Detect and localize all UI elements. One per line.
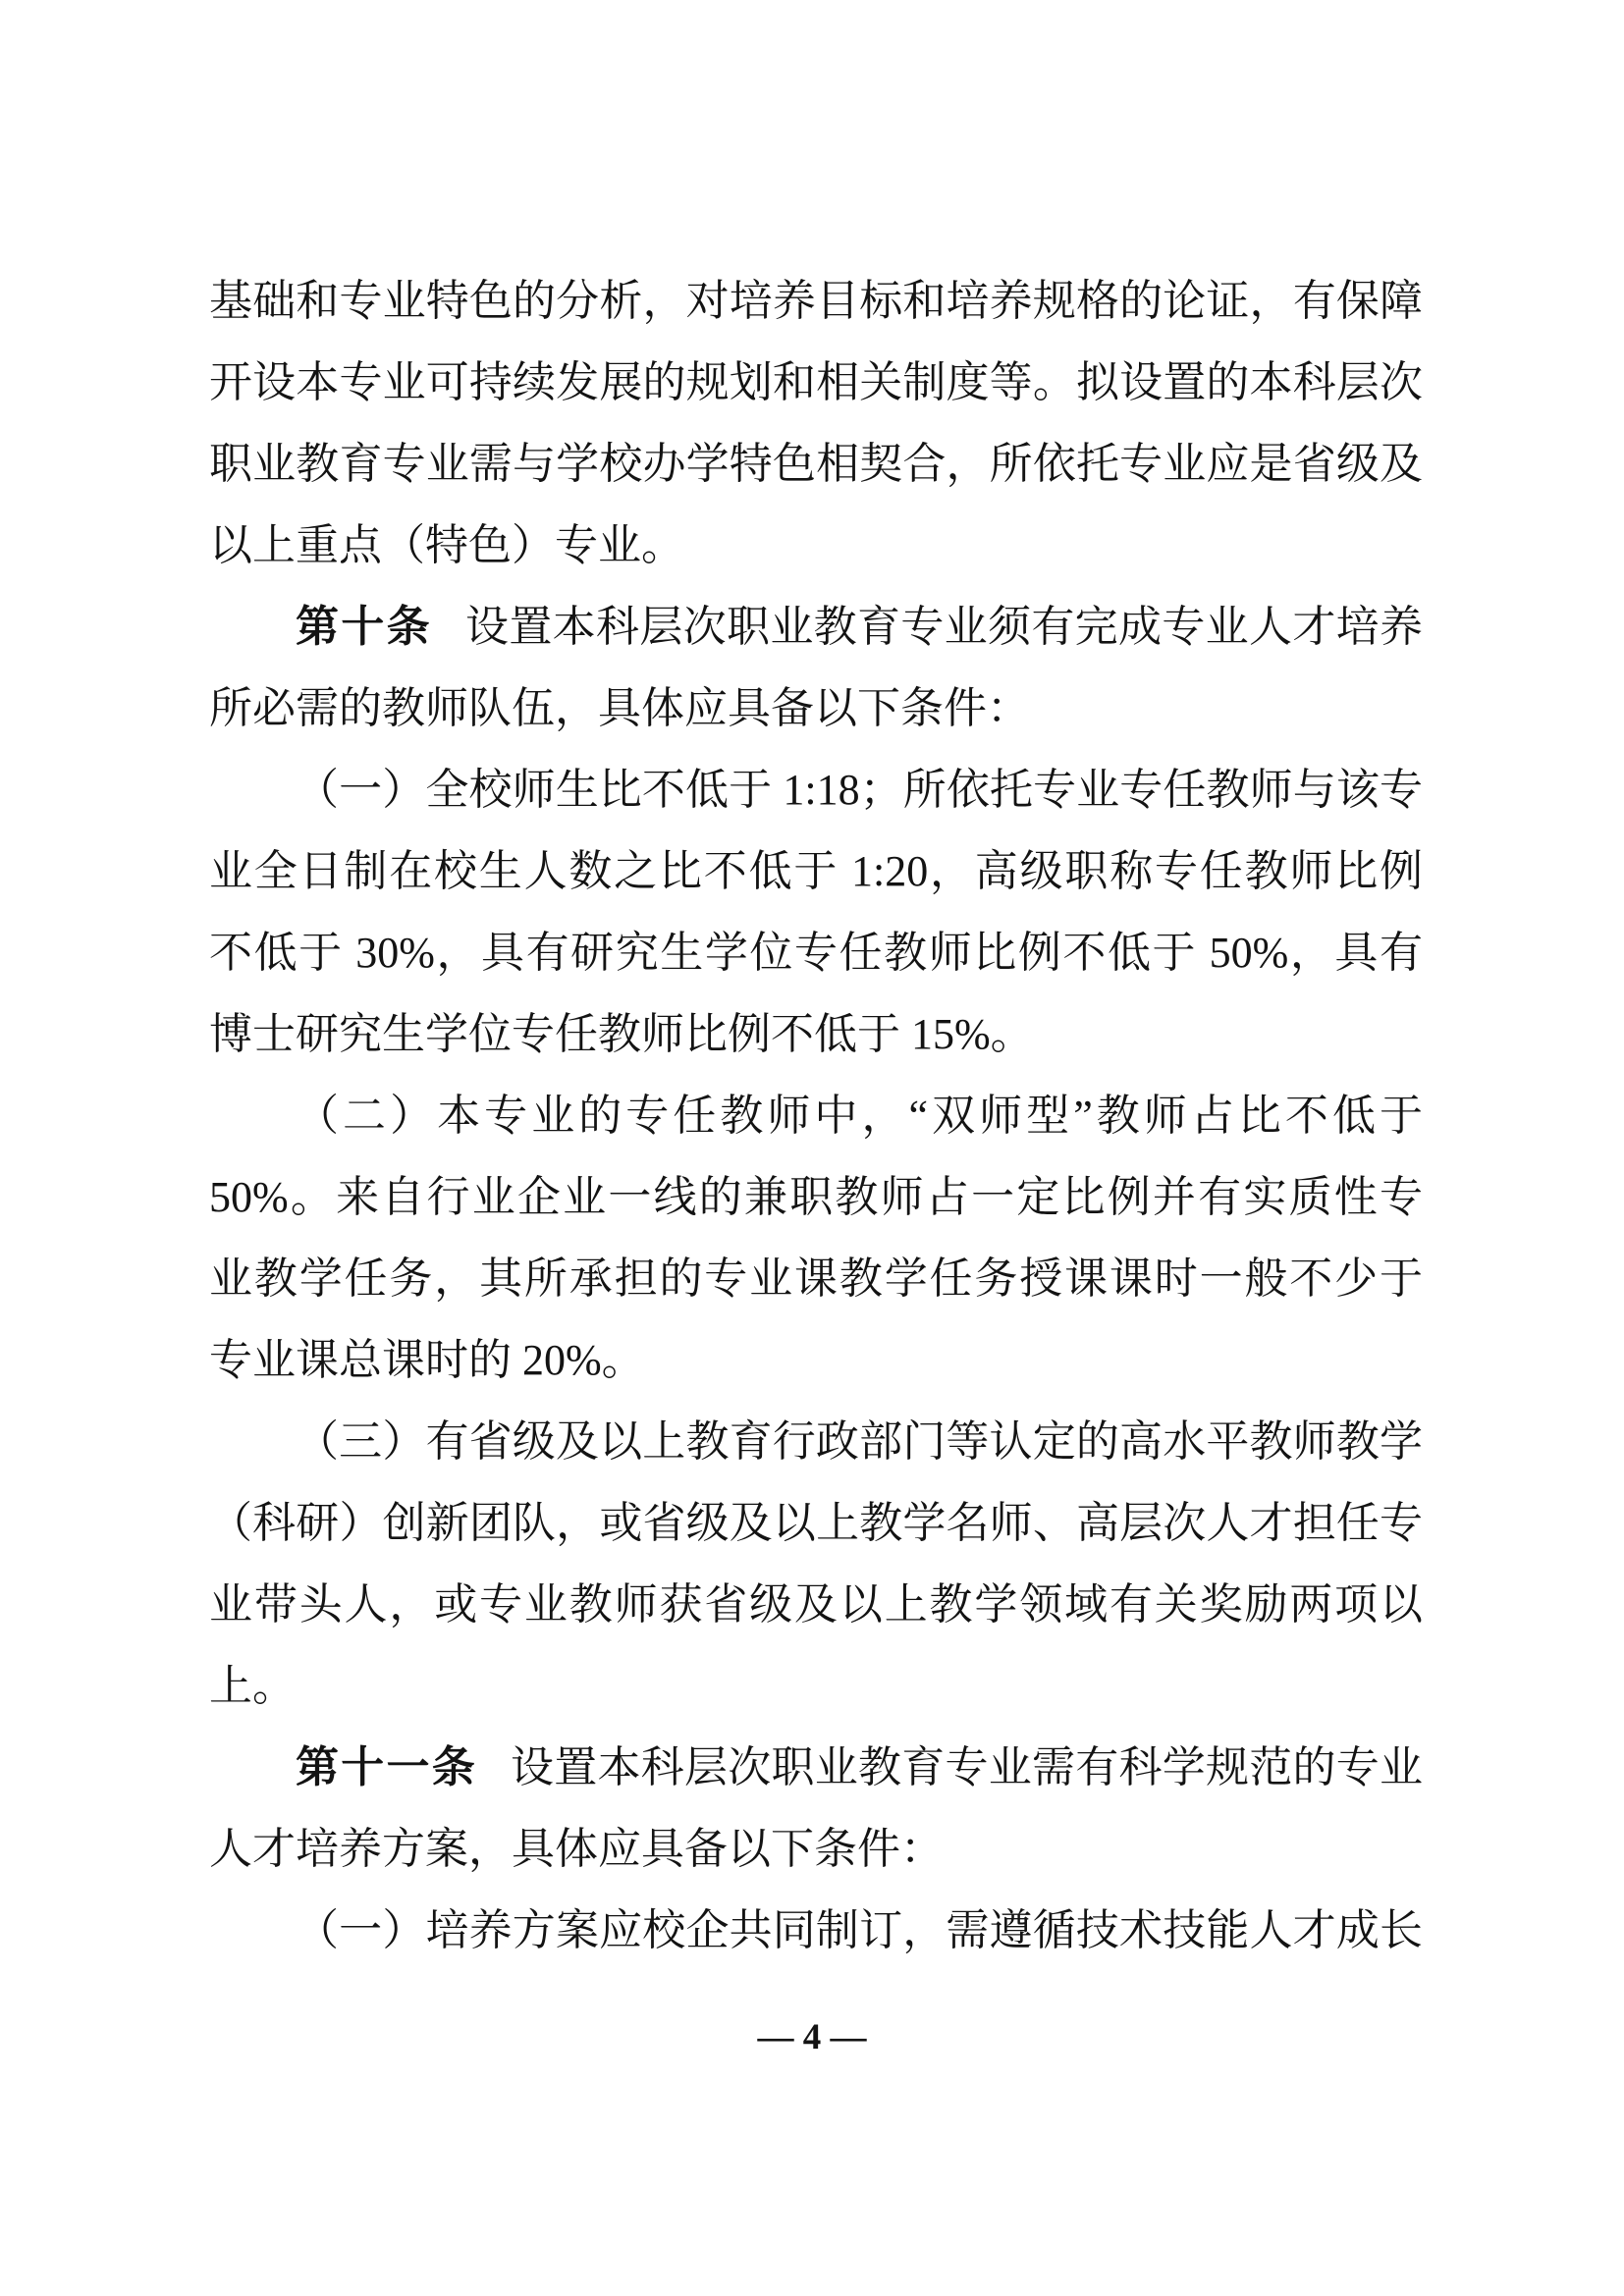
text-line: （科研）创新团队，或省级及以上教学名师、高层次人才担任专 (209, 1482, 1423, 1564)
text-line: 职业教育专业需与学校办学特色相契合，所依托专业应是省级及 (209, 423, 1423, 505)
text-line: 博士研究生学位专任教师比例不低于 15%。 (209, 993, 1423, 1075)
text-line: 不低于 30%，具有研究生学位专任教师比例不低于 50%，具有 (209, 912, 1423, 993)
text-line: 人才培养方案，具体应具备以下条件： (209, 1808, 1423, 1890)
text-line: 专业课总课时的 20%。 (209, 1319, 1423, 1401)
article-number: 第十一条 (296, 1743, 477, 1791)
text-line: （一）全校师生比不低于 1:18；所依托专业专任教师与该专 (209, 749, 1423, 830)
text-line: （三）有省级及以上教育行政部门等认定的高水平教师教学 (209, 1401, 1423, 1482)
text-line: （二）本专业的专任教师中，“双师型”教师占比不低于 (209, 1075, 1423, 1156)
text-line: 开设本专业可持续发展的规划和相关制度等。拟设置的本科层次 (209, 342, 1423, 423)
text-line: （一）培养方案应校企共同制订，需遵循技术技能人才成长 (209, 1890, 1423, 1971)
text-line: 上。 (209, 1645, 1423, 1727)
page-number: — 4 — (0, 2014, 1624, 2061)
article-number: 第十条 (296, 603, 432, 651)
text-line: 业全日制在校生人数之比不低于 1:20，高级职称专任教师比例 (209, 830, 1423, 912)
text-line: 第十一条设置本科层次职业教育专业需有科学规范的专业 (209, 1727, 1423, 1808)
text-line: 所必需的教师队伍，具体应具备以下条件： (209, 667, 1423, 749)
document-page: 基础和专业特色的分析，对培养目标和培养规格的论证，有保障开设本专业可持续发展的规… (0, 0, 1624, 2296)
text-line: 基础和专业特色的分析，对培养目标和培养规格的论证，有保障 (209, 260, 1423, 342)
document-body: 基础和专业特色的分析，对培养目标和培养规格的论证，有保障开设本专业可持续发展的规… (209, 260, 1423, 1971)
text-line: 以上重点（特色）专业。 (209, 505, 1423, 586)
text-line: 50%。来自行业企业一线的兼职教师占一定比例并有实质性专 (209, 1156, 1423, 1238)
text-line: 第十条设置本科层次职业教育专业须有完成专业人才培养 (209, 586, 1423, 667)
text-line: 业教学任务，其所承担的专业课教学任务授课课时一般不少于 (209, 1238, 1423, 1319)
text-line: 业带头人，或专业教师获省级及以上教学领域有关奖励两项以 (209, 1564, 1423, 1645)
